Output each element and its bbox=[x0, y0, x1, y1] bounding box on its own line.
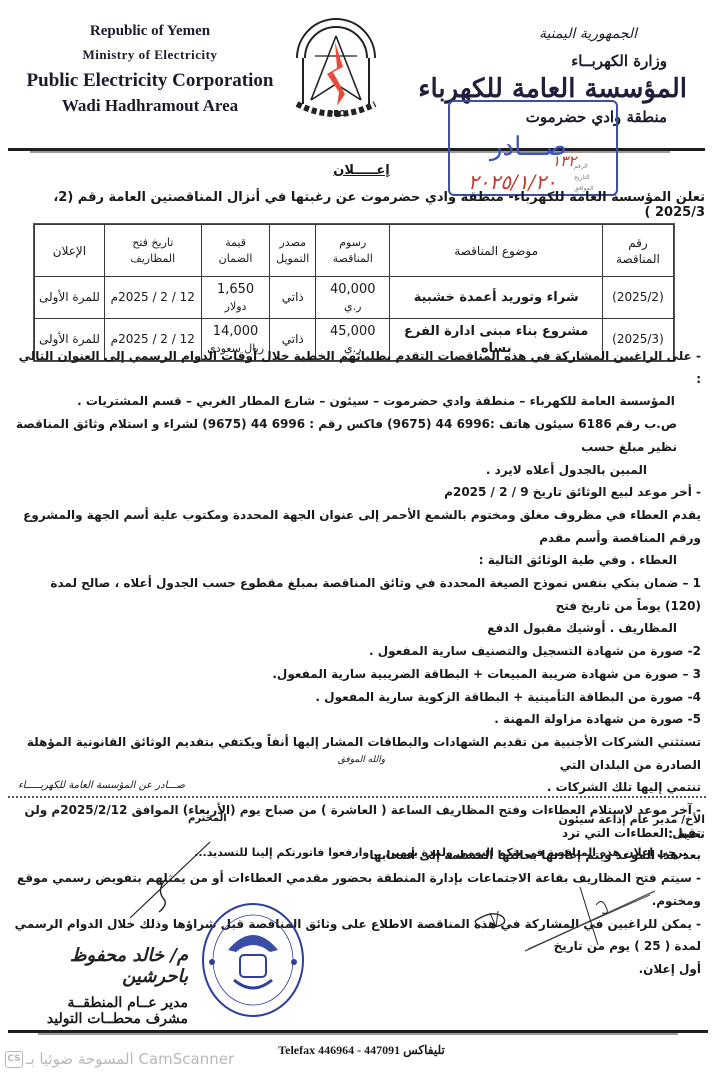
signatory-title-1: مدير عــام المنطقــة bbox=[28, 995, 188, 1011]
submission-address: المؤسسة العامة للكهرباء – منطقة وادي حضر… bbox=[11, 390, 701, 413]
required-doc-4: 4- صورة من البطاقة التأمينية + البطاقة ا… bbox=[11, 686, 701, 709]
cell-guarantee: 1,650دولار bbox=[201, 277, 270, 319]
letterhead-country-ar: الجمهورية اليمنية bbox=[417, 22, 637, 46]
announcement-intro: تعلن المؤسسة العامة للكهرباء- منطقة وادي… bbox=[15, 190, 705, 220]
col-guarantee: قيمةالضمان bbox=[201, 225, 270, 277]
col-opening-date: تاريخ فتحالمظاريف bbox=[104, 225, 201, 277]
col-tender-number: رقم المناقصة bbox=[602, 225, 673, 277]
camscanner-watermark: CS المسوحة ضوئيا بـ CamScanner bbox=[5, 1050, 234, 1068]
camscanner-icon: CS bbox=[5, 1051, 23, 1068]
required-doc-5: 5- صورة من شهادة مزاولة المهنة . bbox=[11, 708, 701, 731]
foreign-companies-note: تستثني الشركات الأجنبية من تقديم الشهادا… bbox=[11, 731, 701, 776]
contact-info-cont: المبين بالجدول أعلاه لايرد . bbox=[11, 459, 701, 482]
cell-announcement: للمرة الأولى bbox=[35, 277, 105, 319]
col-fee: رسومالمناقصة bbox=[316, 225, 390, 277]
table-row: (2025/2) شراء وتوريد أعمدة خشبية 40,000ر… bbox=[35, 277, 674, 319]
letterhead-ministry-ar: وزارة الكهربــاء bbox=[417, 50, 667, 72]
second-signature-icon bbox=[470, 885, 660, 955]
camscanner-text: المسوحة ضوئيا بـ CamScanner bbox=[26, 1050, 234, 1068]
respected-label: المحترم bbox=[188, 813, 227, 824]
required-doc-2: 2- صورة من شهادة التسجيل والتصنيف سارية … bbox=[11, 640, 701, 663]
contact-info: ص.ب رقم 6186 سيئون هاتف :6996 44 (9675) … bbox=[11, 413, 701, 458]
table-header-row: رقم المناقصة موضوع المناقصة رسومالمناقصة… bbox=[35, 225, 674, 277]
issued-by: صـــادر عن المؤسسة العامة للكهربـــــاء bbox=[18, 780, 185, 791]
signatory-title-2: مشرف محطــات التوليد bbox=[28, 1011, 188, 1027]
official-seal-icon bbox=[198, 900, 308, 1020]
cell-fee: 40,000ر.ي bbox=[316, 277, 390, 319]
col-subject: موضوع المناقصة bbox=[390, 225, 602, 277]
letterhead-area: Wadi Hadhramout Area bbox=[0, 94, 300, 118]
letterhead-ministry: Ministry of Electricity bbox=[0, 44, 300, 66]
submission-instructions: - على الراغبين المشاركة في هذه المناقصات… bbox=[11, 345, 701, 390]
required-doc-3: 3 – صورة من شهادة ضريبة المبيعات + البطا… bbox=[11, 663, 701, 686]
announcement-title: إعـــــلان bbox=[0, 163, 723, 178]
footer-divider-shadow bbox=[38, 1033, 678, 1035]
english-letterhead: Republic of Yemen Ministry of Electricit… bbox=[0, 20, 300, 118]
documents-sale-deadline: - أخر موعد لبيع الوثائق تاريخ 9 / 2 / 20… bbox=[11, 481, 701, 504]
pec-logo-icon: PEC bbox=[293, 12, 379, 122]
cell-subject: شراء وتوريد أعمدة خشبية bbox=[390, 277, 602, 319]
tenders-table: رقم المناقصة موضوع المناقصة رسومالمناقصة… bbox=[34, 224, 674, 361]
cell-number: (2025/2) bbox=[602, 277, 673, 319]
signatory-name: م/ خالد محفوظ باحرشين bbox=[28, 945, 188, 987]
radio-addressee: الأخ/ مدير عام إذاعة سيئون bbox=[15, 812, 705, 827]
bid-envelope-instructions-cont: العطاء . وفي طية الوثائق التالية : bbox=[11, 549, 701, 572]
bid-envelope-instructions: يقدم العطاء في مظروف مغلق ومختوم بالشمع … bbox=[11, 504, 701, 549]
dotted-divider bbox=[8, 796, 706, 798]
cell-opening-date: 12 / 2 / 2025م bbox=[104, 277, 201, 319]
closing-phrase: والله الموفق bbox=[0, 755, 723, 765]
cell-source: ذاتي bbox=[270, 277, 316, 319]
signature-block: م/ خالد محفوظ باحرشين مدير عــام المنطقـ… bbox=[28, 945, 188, 1027]
col-announcement: الإعلان bbox=[35, 225, 105, 277]
col-funding-source: مصدرالتمويل bbox=[270, 225, 316, 277]
letterhead-country: Republic of Yemen bbox=[0, 20, 300, 42]
required-doc-1-cont: المظاريف . أوشيك مقبول الدفع bbox=[11, 617, 701, 640]
letterhead-corporation: Public Electricity Corporation bbox=[0, 68, 300, 94]
required-doc-1: 1 – ضمان بنكي بنفس نموذج الصيغة المحددة … bbox=[11, 572, 701, 617]
svg-text:PEC: PEC bbox=[327, 109, 344, 118]
